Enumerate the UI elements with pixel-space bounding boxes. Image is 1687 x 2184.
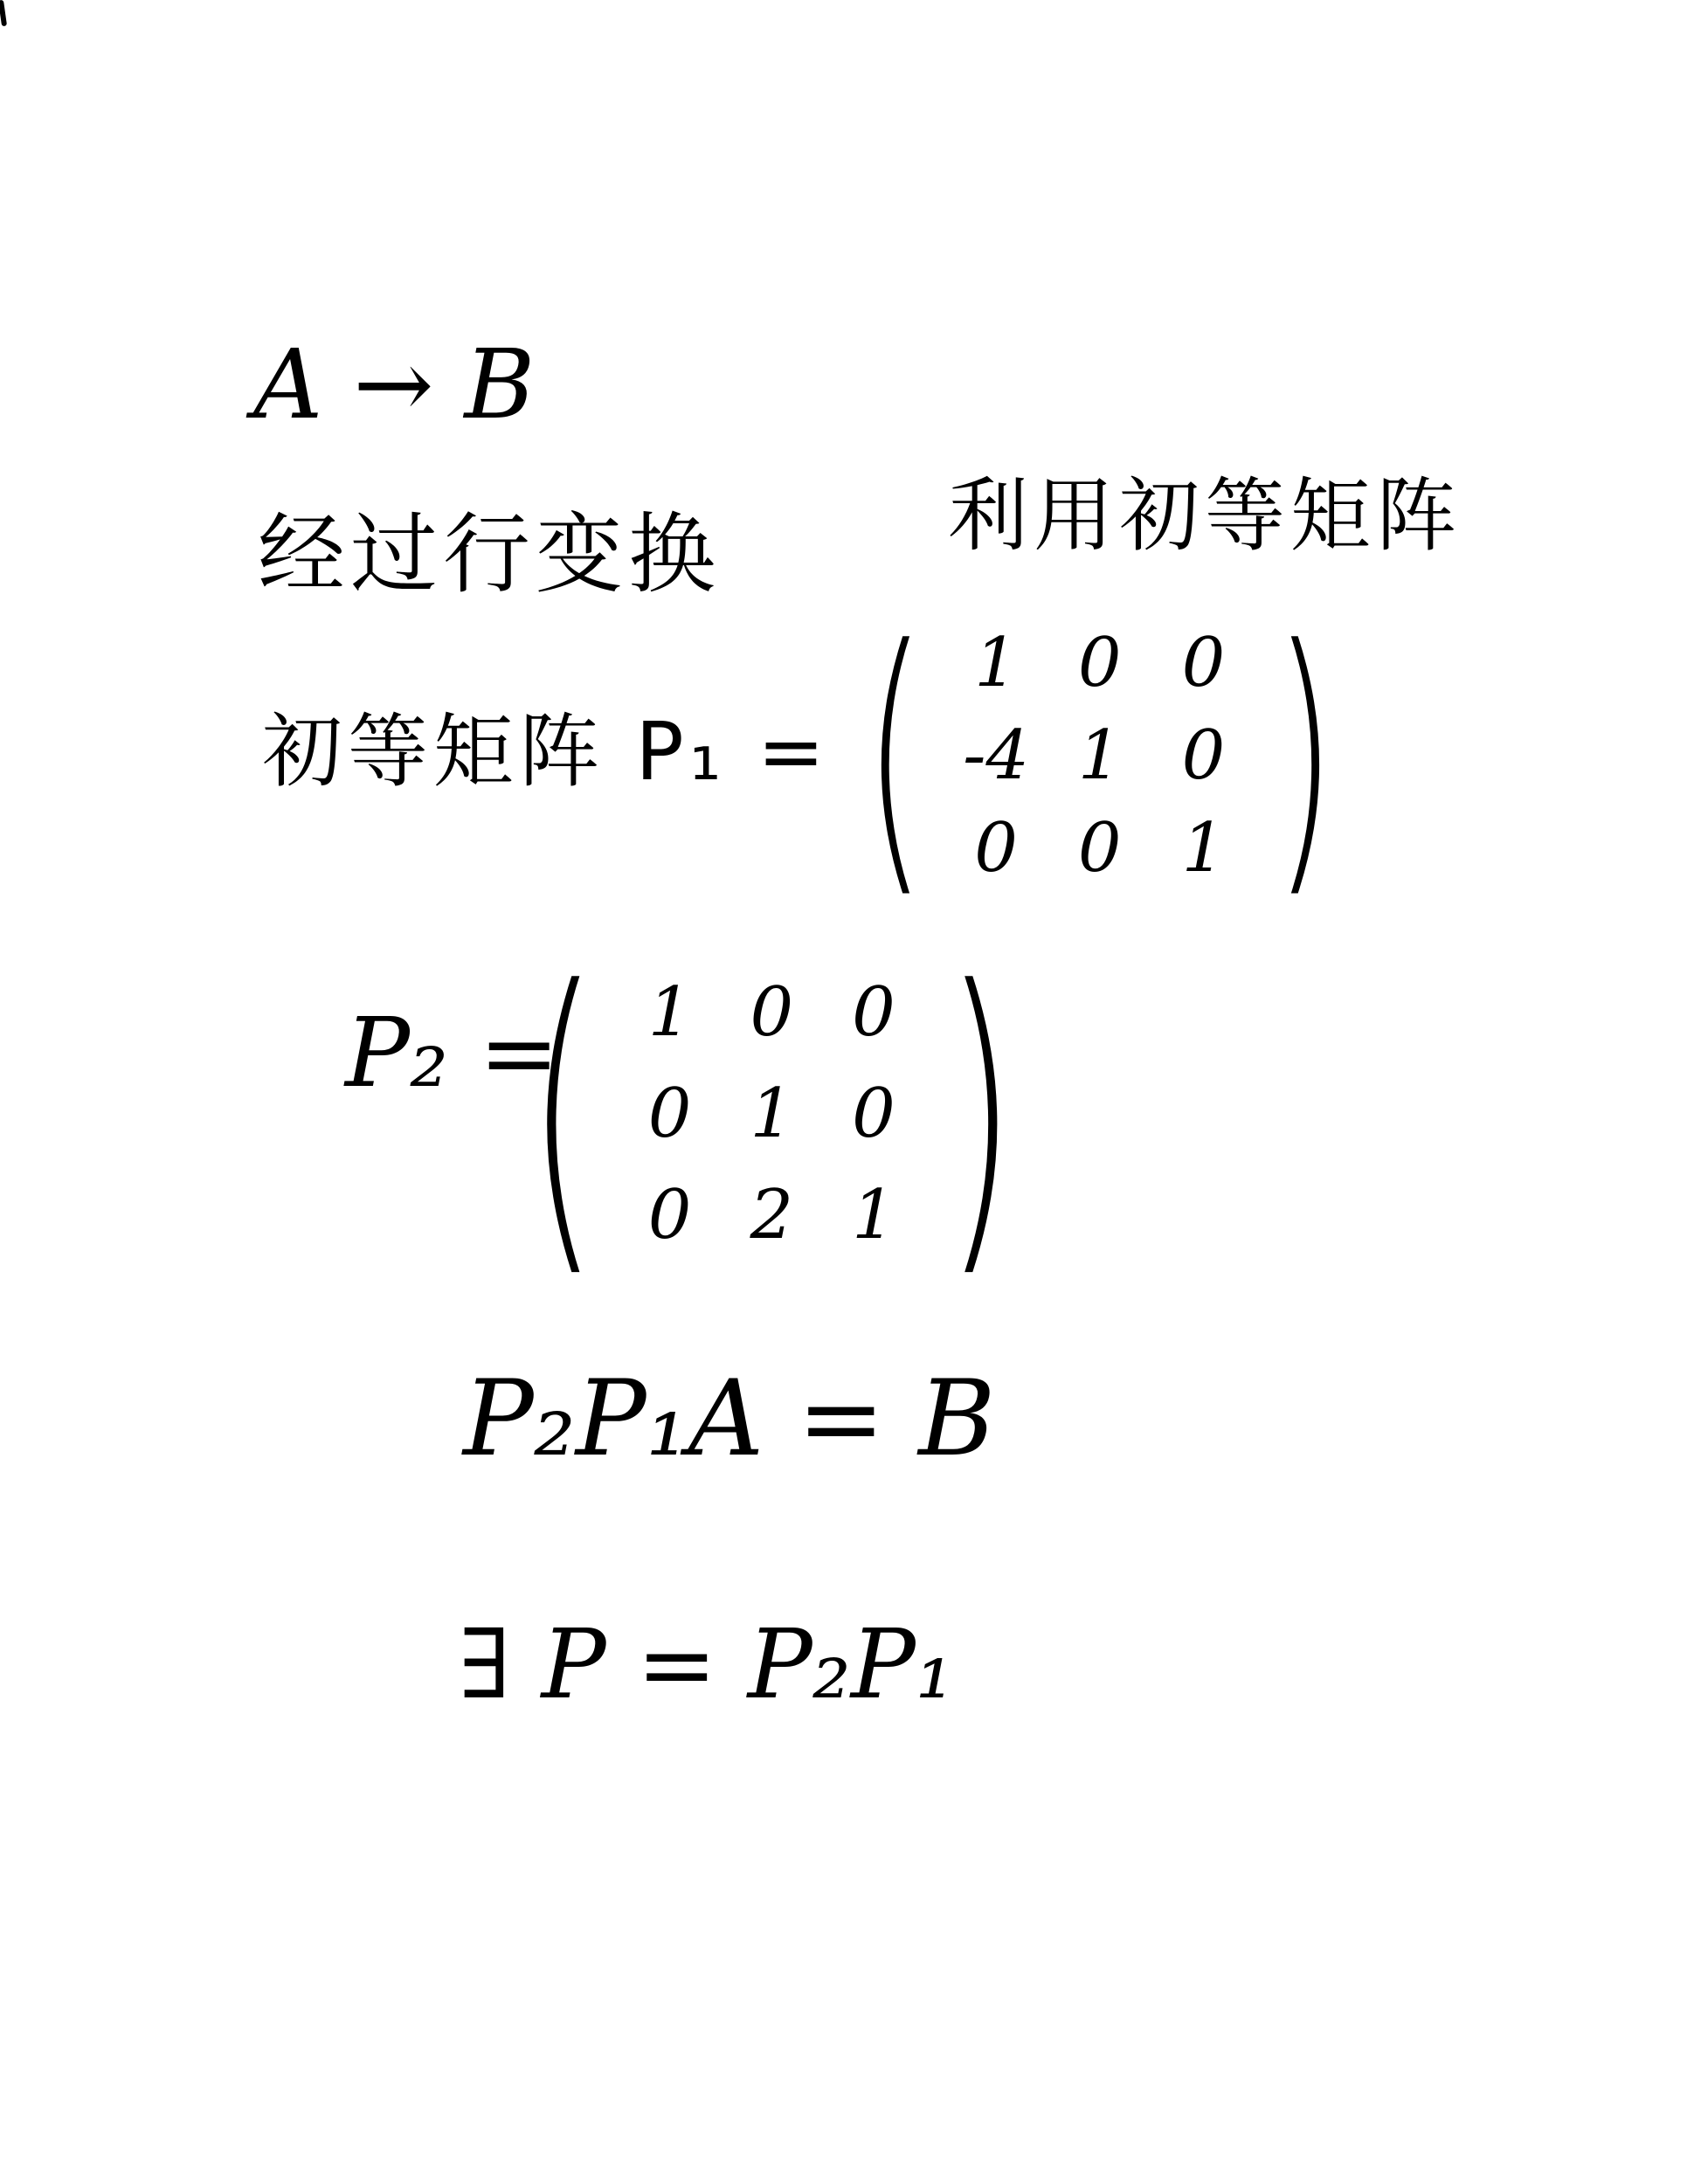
label-p1: 初等矩阵 P₁ = bbox=[262, 712, 830, 792]
matrix-p2: ( 1 0 0 0 1 0 0 2 1 ) bbox=[498, 952, 1046, 1275]
matrix-p1: ( 1 0 0 -4 1 0 0 0 1 ) bbox=[839, 612, 1361, 900]
matrix-cell: 0 bbox=[852, 1080, 895, 1148]
matrix-cell: -4 bbox=[963, 722, 1029, 790]
left-paren: ( bbox=[527, 952, 598, 1275]
matrix-cell: 1 bbox=[1182, 814, 1226, 882]
note-row-transformation: 经过行变换 bbox=[258, 511, 721, 598]
matrix-p2-grid: 1 0 0 0 1 0 0 2 1 bbox=[627, 952, 916, 1275]
equation-p2-p1-a-equals-b: P₂P₁A = B bbox=[463, 1367, 995, 1472]
matrix-cell: 0 bbox=[1182, 722, 1226, 790]
right-paren: ) bbox=[1274, 612, 1336, 900]
matrix-cell: 0 bbox=[750, 978, 793, 1047]
heading-a-to-b: A → B bbox=[253, 336, 535, 432]
matrix-cell: 0 bbox=[852, 978, 895, 1047]
matrix-p1-grid: 1 0 0 -4 1 0 0 0 1 bbox=[951, 612, 1248, 900]
note-use-elementary-matrices: 利用初等矩阵 bbox=[948, 476, 1462, 556]
matrix-cell: 1 bbox=[648, 978, 692, 1047]
matrix-cell: 0 bbox=[974, 814, 1018, 882]
matrix-cell: 1 bbox=[852, 1181, 895, 1249]
matrix-cell: 1 bbox=[974, 629, 1018, 697]
matrix-cell: 0 bbox=[648, 1080, 692, 1148]
matrix-cell: 1 bbox=[750, 1080, 793, 1148]
right-paren: ) bbox=[945, 952, 1017, 1275]
matrix-cell: 1 bbox=[1078, 722, 1122, 790]
left-paren: ( bbox=[864, 612, 926, 900]
stray-pen-mark bbox=[0, 0, 7, 26]
matrix-cell: 0 bbox=[648, 1181, 692, 1249]
matrix-cell: 2 bbox=[750, 1181, 793, 1249]
matrix-cell: 0 bbox=[1078, 629, 1122, 697]
conclusion-exists-p: ∃ P = P₂P₁ bbox=[459, 1616, 954, 1712]
matrix-cell: 0 bbox=[1078, 814, 1122, 882]
matrix-cell: 0 bbox=[1182, 629, 1226, 697]
